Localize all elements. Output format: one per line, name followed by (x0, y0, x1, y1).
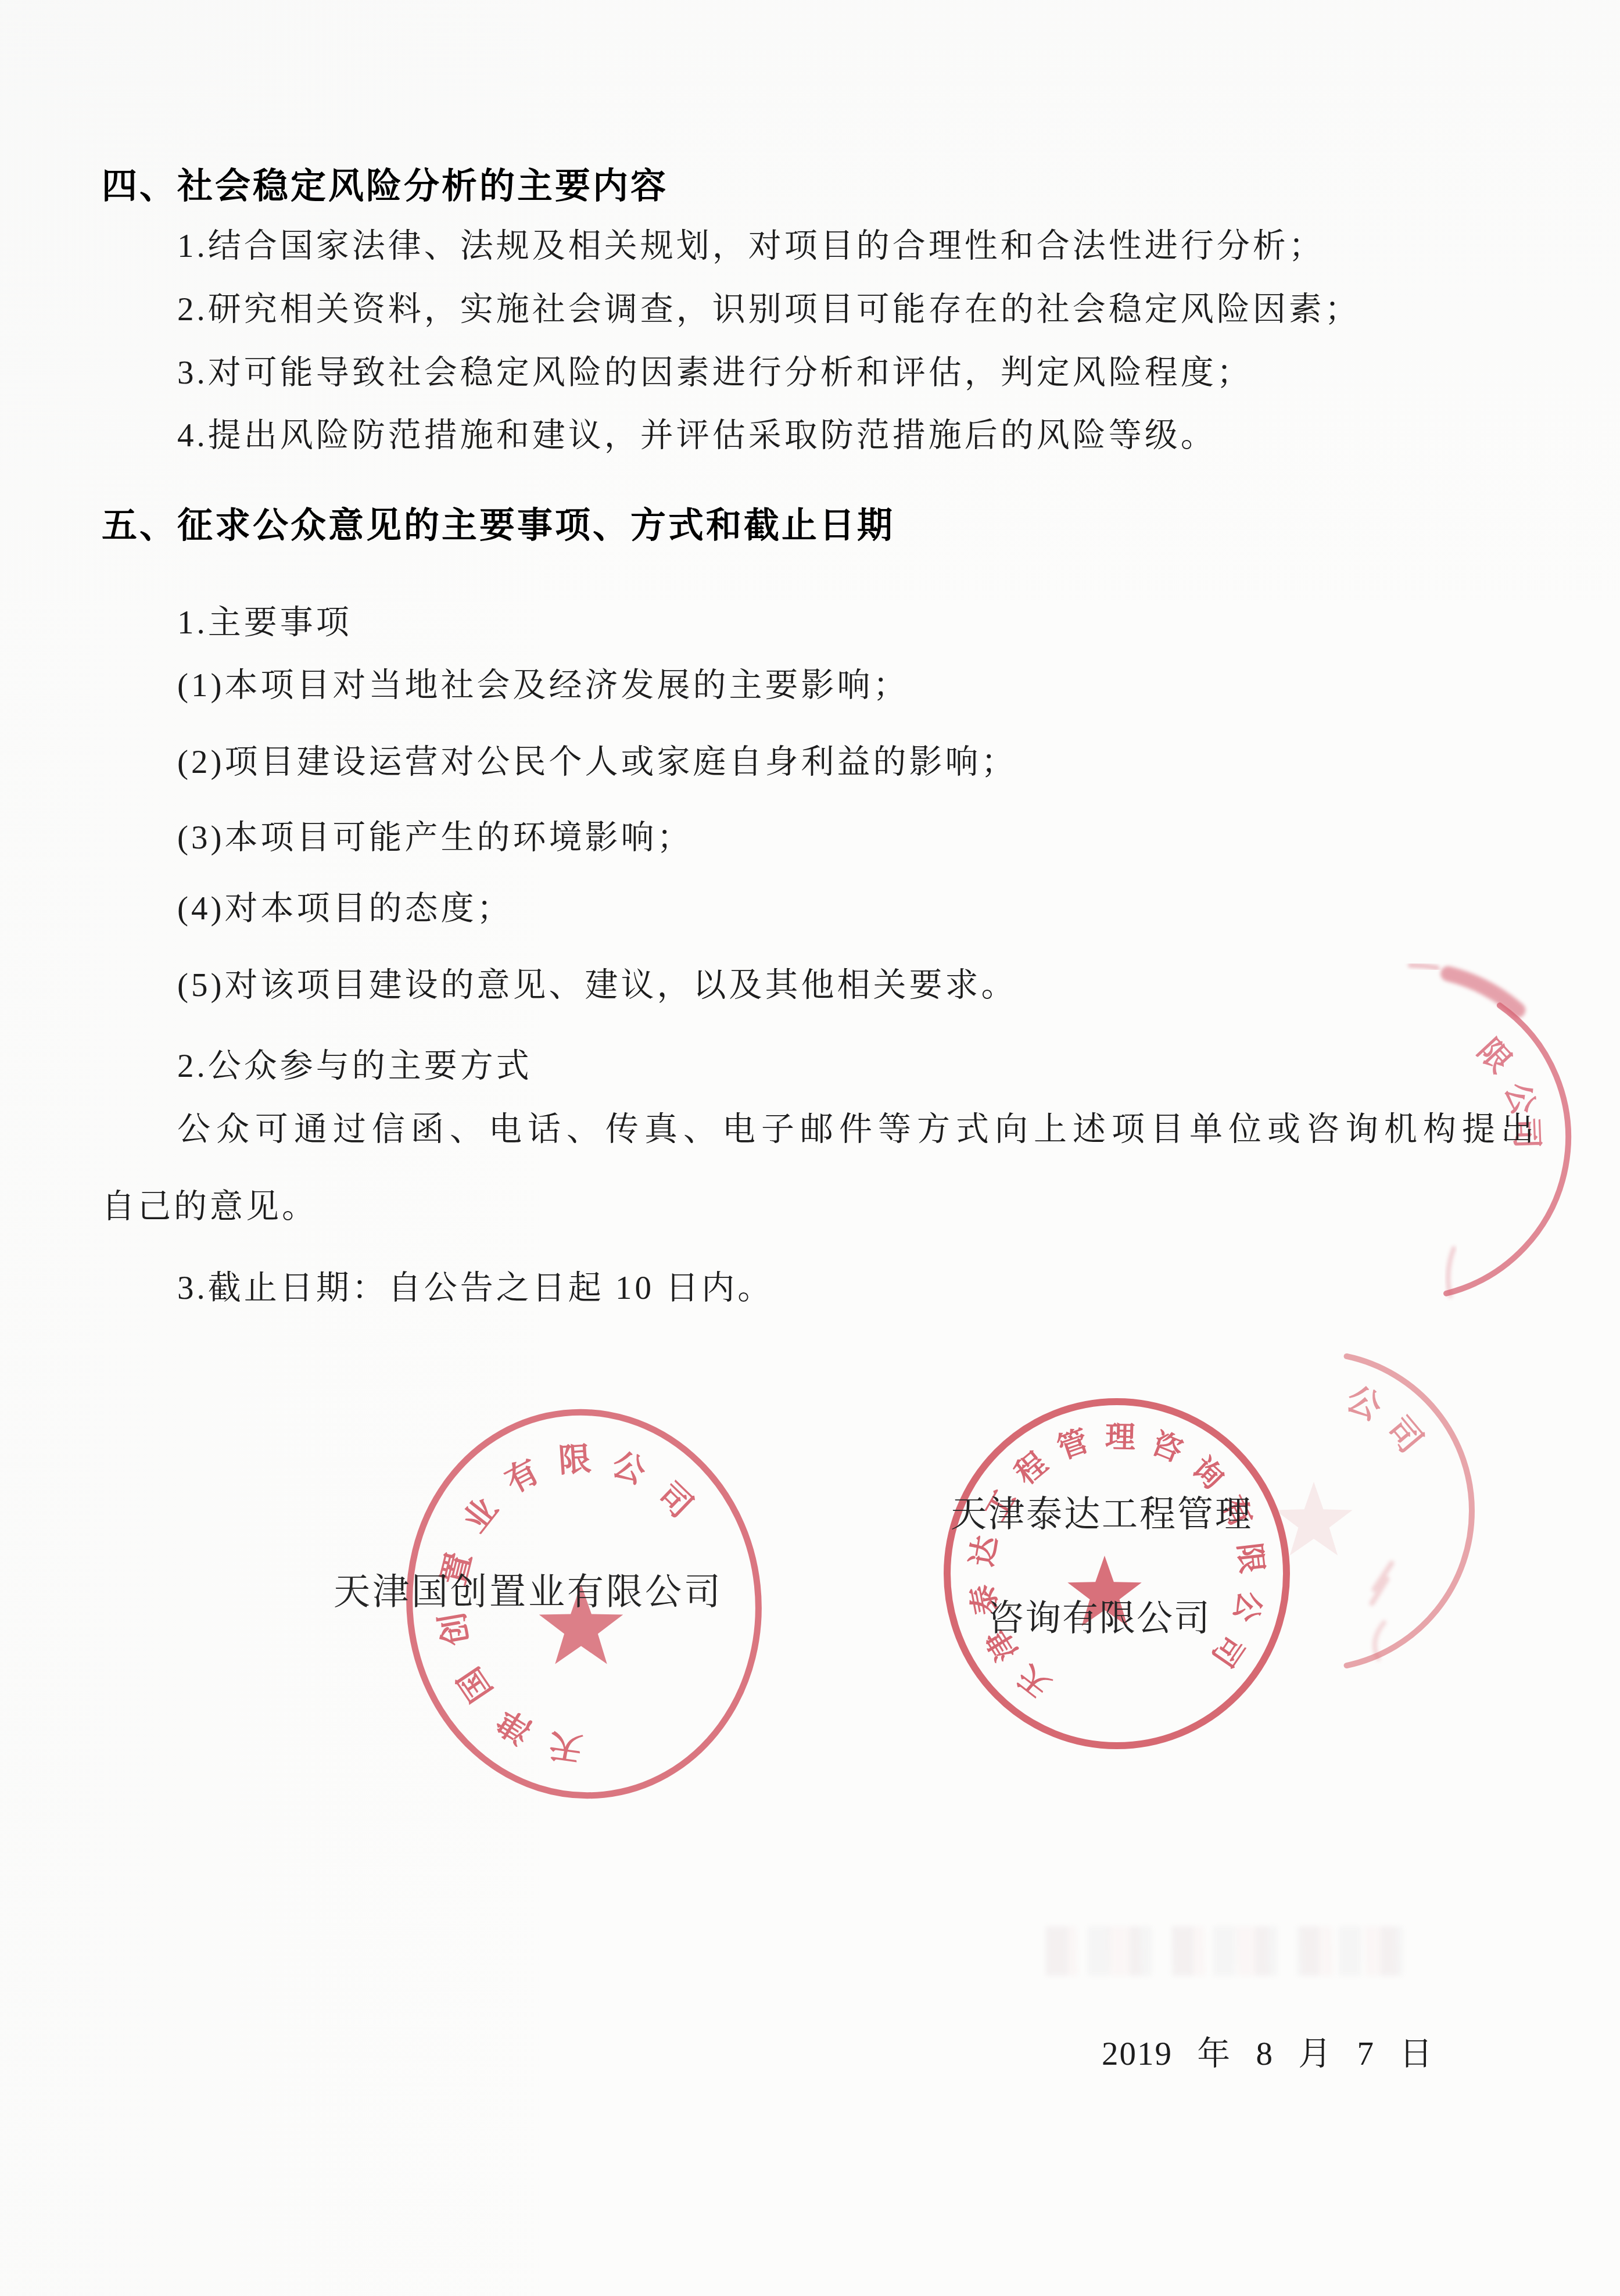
scan-ghost-artifact (1046, 1926, 1406, 1976)
svg-text:津: 津 (492, 1702, 538, 1750)
seal-taida-stamp: 天津泰达工程管理咨询有限公司 (947, 1402, 1286, 1746)
svg-text:创: 创 (435, 1610, 476, 1648)
svg-text:限: 限 (557, 1441, 592, 1480)
svg-text:达: 达 (965, 1534, 1003, 1569)
svg-text:管: 管 (1053, 1424, 1093, 1466)
s5-sub2-title: 2.公众参与的主要方式 (177, 1047, 532, 1086)
svg-text:天: 天 (1012, 1659, 1056, 1703)
company2-name-line2: 咨询有限公司 (988, 1589, 1211, 1641)
s5-item-2: (2)项目建设运营对公民个人或家庭自身利益的影响； (177, 743, 1017, 782)
s5-sub3-deadline: 3.截止日期：自公告之日起 10 日内。 (177, 1269, 773, 1308)
svg-text:公: 公 (1227, 1588, 1267, 1625)
document-page: 四、社会稳定风险分析的主要内容 1.结合国家法律、法规及相关规划，对项目的合理性… (0, 0, 1620, 2296)
s5-item-5: (5)对该项目建设的意见、建议，以及其他相关要求。 (177, 966, 1017, 1005)
s5-paragraph-line1: 公众可通过信函、电话、传真、电子邮件等方式向上述项目单位或咨询机构提出 (177, 1110, 1540, 1149)
company1-name: 天津国创置业有限公司 (334, 1562, 723, 1615)
svg-text:司: 司 (1379, 1410, 1430, 1460)
s5-item-3: (3)本项目可能产生的环境影响； (177, 818, 693, 858)
svg-text:公: 公 (1341, 1379, 1387, 1427)
s4-item-1: 1.结合国家法律、法规及相关规划，对项目的合理性和合法性进行分析； (177, 227, 1325, 266)
s5-paragraph-line2: 自己的意见。 (102, 1187, 318, 1227)
s4-item-2: 2.研究相关资料，实施社会调查，识别项目可能存在的社会稳定风险因素； (177, 290, 1361, 329)
s4-item-4: 4.提出风险防范措施和建议，并评估采取防范措施后的风险等级。 (177, 416, 1217, 456)
svg-text:理: 理 (1105, 1421, 1135, 1455)
s5-item-1: (1)本项目对当地社会及经济发展的主要影响； (177, 666, 909, 705)
section5-heading: 五、征求公众意见的主要事项、方式和截止日期 (102, 497, 895, 548)
s5-sub1-title: 1.主要事项 (177, 603, 352, 643)
svg-text:有: 有 (500, 1453, 546, 1500)
svg-text:司: 司 (1205, 1629, 1249, 1672)
issue-date: 2019 年 8 月 7 日 (1102, 2027, 1433, 2075)
company2-name-line1: 天津泰达工程管理 (951, 1485, 1253, 1537)
svg-text:程: 程 (1009, 1446, 1053, 1491)
svg-text:国: 国 (451, 1661, 500, 1708)
svg-text:咨: 咨 (1147, 1426, 1188, 1468)
svg-text:天: 天 (547, 1727, 585, 1767)
svg-text:司: 司 (651, 1476, 699, 1525)
s4-item-3: 3.对可能导致社会稳定风险的因素进行分析和评估，判定风险程度； (177, 353, 1253, 393)
svg-text:限: 限 (1471, 1033, 1518, 1079)
seal-partial-right-stamp: 公司 (1275, 1356, 1472, 1665)
svg-text:公: 公 (607, 1446, 650, 1491)
svg-text:业: 业 (457, 1491, 505, 1539)
svg-text:限: 限 (1232, 1541, 1268, 1575)
section4-heading: 四、社会稳定风险分析的主要内容 (102, 158, 668, 209)
s5-item-4: (4)对本项目的态度； (177, 889, 512, 929)
